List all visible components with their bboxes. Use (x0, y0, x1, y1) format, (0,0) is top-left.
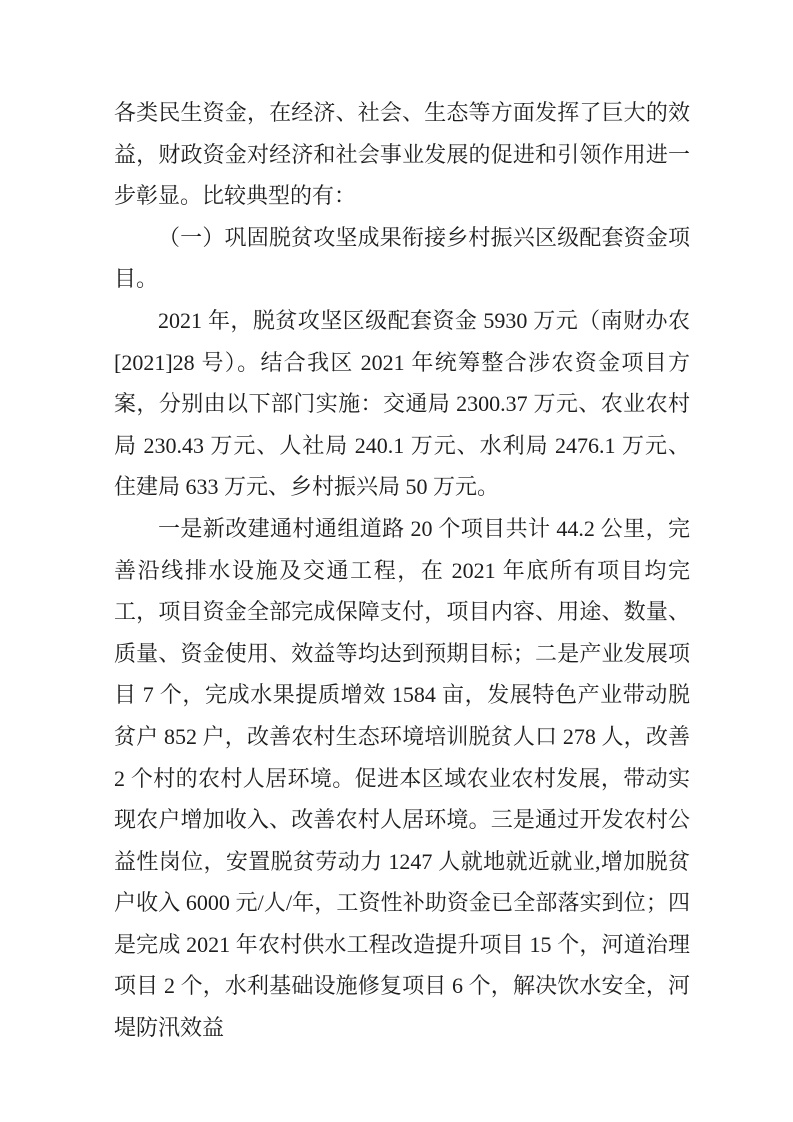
document-page: 各类民生资金，在经济、社会、生态等方面发挥了巨大的效益，财政资金对经济和社会事业… (0, 0, 793, 1122)
document-text-block: 各类民生资金，在经济、社会、生态等方面发挥了巨大的效益，财政资金对经济和社会事业… (114, 92, 690, 1049)
paragraph-funding-breakdown: 2021 年，脱贫攻坚区级配套资金 5930 万元（南财办农[2021]28 号… (114, 300, 690, 508)
section-heading-1: （一）巩固脱贫攻坚成果衔接乡村振兴区级配套资金项目。 (114, 217, 690, 300)
paragraph-project-details: 一是新改建通村通组道路 20 个项目共计 44.2 公里，完善沿线排水设施及交通… (114, 508, 690, 1049)
paragraph-intro-continuation: 各类民生资金，在经济、社会、生态等方面发挥了巨大的效益，财政资金对经济和社会事业… (114, 92, 690, 217)
